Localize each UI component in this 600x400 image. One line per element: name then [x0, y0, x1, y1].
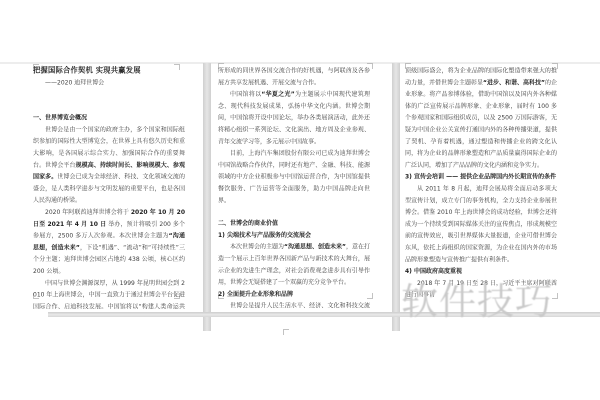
- text-run: 2) 全面提升企业形象和品牌: [218, 290, 293, 297]
- paragraph: 顶级国际盛会，将为企业品牌的国际化塑造带来强大的推动力量，并借世博会主题彰显“进…: [405, 65, 557, 171]
- paragraph: 本次世博会的主题为“沟通思想、创造未来”，意在打造一个展示上百年世界各国新产品与…: [218, 241, 370, 288]
- page-1-text-area[interactable]: 把握国际合作契机 实现共赢发展——2020 迪拜世博会一、世界博览会概况世博会是…: [33, 65, 185, 309]
- crop-mark: [283, 329, 289, 335]
- text-run: 为主题展示中国现代建筑理念、现代科技发展成果，弘扬中华文化内涵。世博会期间，中国…: [218, 91, 370, 145]
- bold-text-run: “进步、和谐、高科技”: [483, 79, 545, 86]
- bold-text-run: “沟通思想、创造未来”: [284, 243, 346, 250]
- paragraph: 所形成的同世界各国交流合作的好机遇，与阿联酋及各参展方共享发展机遇、开展交流与合…: [218, 65, 370, 89]
- paragraph: 中国与世博会渊源深厚，从 1999 年昆明世园会到 2010 年上海世博会，中国…: [33, 277, 185, 309]
- page-gap-vertical-1: [203, 63, 211, 331]
- page-row-divider-top: [0, 62, 600, 64]
- text-run: 3) 宣传会培训 —— 提供企业品牌国内外长期宣传的条件: [405, 173, 556, 180]
- section-heading: 3) 宣传会培训 —— 提供企业品牌国内外长期宣传的条件: [405, 171, 557, 183]
- text-run: 世博会是提升人民生活水平、经济、文化和科技交流发展的优秀的: [218, 302, 370, 309]
- document-subtitle: ——2020 迪拜世博会: [33, 77, 185, 89]
- bold-text-run: “华夏之光”: [261, 91, 294, 98]
- text-run: 二、世博会的商业价值: [218, 220, 278, 227]
- paragraph: 从 2011 年 8 月起，迪拜会展局将全面启动多项大型宣传计划，成立专门的事务…: [405, 183, 557, 266]
- section-heading: 二、世博会的商业价值: [218, 218, 370, 230]
- section-heading: 1) 尖端技术与产品服务的交流展会: [218, 229, 370, 241]
- page-2-text-area[interactable]: 所形成的同世界各国交流合作的好机遇，与阿联酋及各参展方共享发展机遇、开展交流与合…: [218, 65, 370, 309]
- text-run: 中国馆将以: [230, 91, 261, 98]
- page-3-text-area[interactable]: 顶级国际盛会，将为企业品牌的国际化塑造带来强大的推动力量，并借世博会主题彰显“进…: [405, 65, 557, 301]
- text-run: ——2020 迪拜世博会: [45, 79, 104, 86]
- paragraph: 2020 年阿联酋迪拜世博会将于 2020 年 10 月 20 日至 2021 …: [33, 206, 185, 277]
- paragraph: 世博会是由一个国家的政府主办，多个国家和国际组织参加的国际性大型博览会，在世界上…: [33, 124, 185, 207]
- text-run: 从 2011 年 8 月起，迪拜会展局将全面启动多项大型宣传计划，成立专门的事务…: [405, 185, 557, 263]
- paragraph: 世博会是提升人民生活水平、经济、文化和科技交流发展的优秀的: [218, 300, 370, 309]
- text-run: 目前，上海汽车集团股份有限公司已成为迪拜世博会中国馆战略合作伙伴，同时还有地产、…: [218, 150, 370, 204]
- text-run: 把握国际合作契机 实现共赢发展: [33, 67, 141, 75]
- section-heading: 2) 全面提升企业形象和品牌: [218, 288, 370, 300]
- text-run: 本次世博会的主题为: [230, 243, 284, 250]
- text-run: 中国与世博会渊源深厚，从 1999 年昆明世园会到 2010 年上海世博会，中国…: [33, 279, 185, 309]
- document-title: 把握国际合作契机 实现共赢发展: [33, 65, 185, 77]
- page-gap-vertical-2: [392, 63, 400, 331]
- text-run: 2020 年阿联酋迪拜世博会将于: [45, 208, 131, 215]
- text-run: 的企业形象。将产品参博体验，借助中国馆以及国内外各种媒体的广泛宣传展示品牌形象、…: [405, 79, 557, 169]
- paragraph: 中国馆将以“华夏之光”为主题展示中国现代建筑理念、现代科技发展成果，弘扬中华文化…: [218, 89, 370, 148]
- watermark: 软件技巧: [401, 271, 553, 325]
- section-heading: 一、世界博览会概况: [33, 112, 185, 124]
- text-run: 1) 尖端技术与产品服务的交流展会: [218, 231, 311, 238]
- paragraph: 目前，上海汽车集团股份有限公司已成为迪拜世博会中国馆战略合作伙伴，同时还有地产、…: [218, 148, 370, 207]
- text-run: 所形成的同世界各国交流合作的好机遇，与阿联酋及各参展方共享发展机遇、开展交流与合…: [218, 67, 370, 86]
- text-run: 一、世界博览会概况: [33, 114, 87, 121]
